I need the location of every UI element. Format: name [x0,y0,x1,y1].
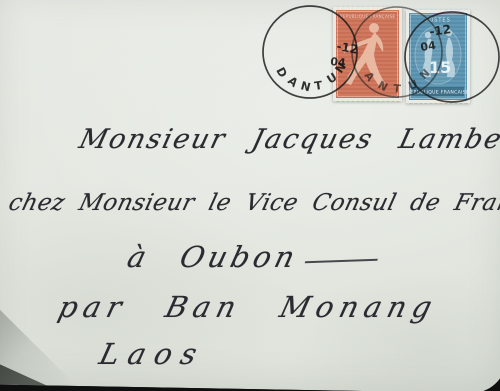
perforation [333,6,402,10]
stamp-top-label: POSTES [425,18,451,24]
sage-figures: POSTES 15 REPUBLIQUE FRANCAISE [409,13,467,100]
address-city-text: à Oubon [124,240,302,274]
stamp-blue-sage: POSTES 15 REPUBLIQUE FRANCAISE [406,10,470,103]
perforation [333,98,402,102]
address-line-care-of: chez Monsieur le Vice Consul de France [6,190,500,216]
stamp-country-label: REPUBLIQUE FRANCAISE [409,90,467,96]
perforation [406,9,470,13]
perforation [406,100,470,104]
stamp-country-label: REPUBLIQUE FRANÇAISE [340,14,396,19]
photo-background: REPUBLIQUE FRANÇAISE POSTES 15 [0,0,500,391]
sower-figure: REPUBLIQUE FRANÇAISE [336,10,399,98]
address-line-city: à Oubon [124,240,382,274]
address-line-country: Laos [96,337,209,371]
stamp-red-semeuse: REPUBLIQUE FRANÇAISE [333,7,402,101]
stamp-value: 15 [429,58,451,77]
address-line-via: par Ban Monang [55,290,441,324]
underline-flourish [304,259,377,264]
address-line-recipient: Monsieur Jacques Lambert [76,124,500,155]
